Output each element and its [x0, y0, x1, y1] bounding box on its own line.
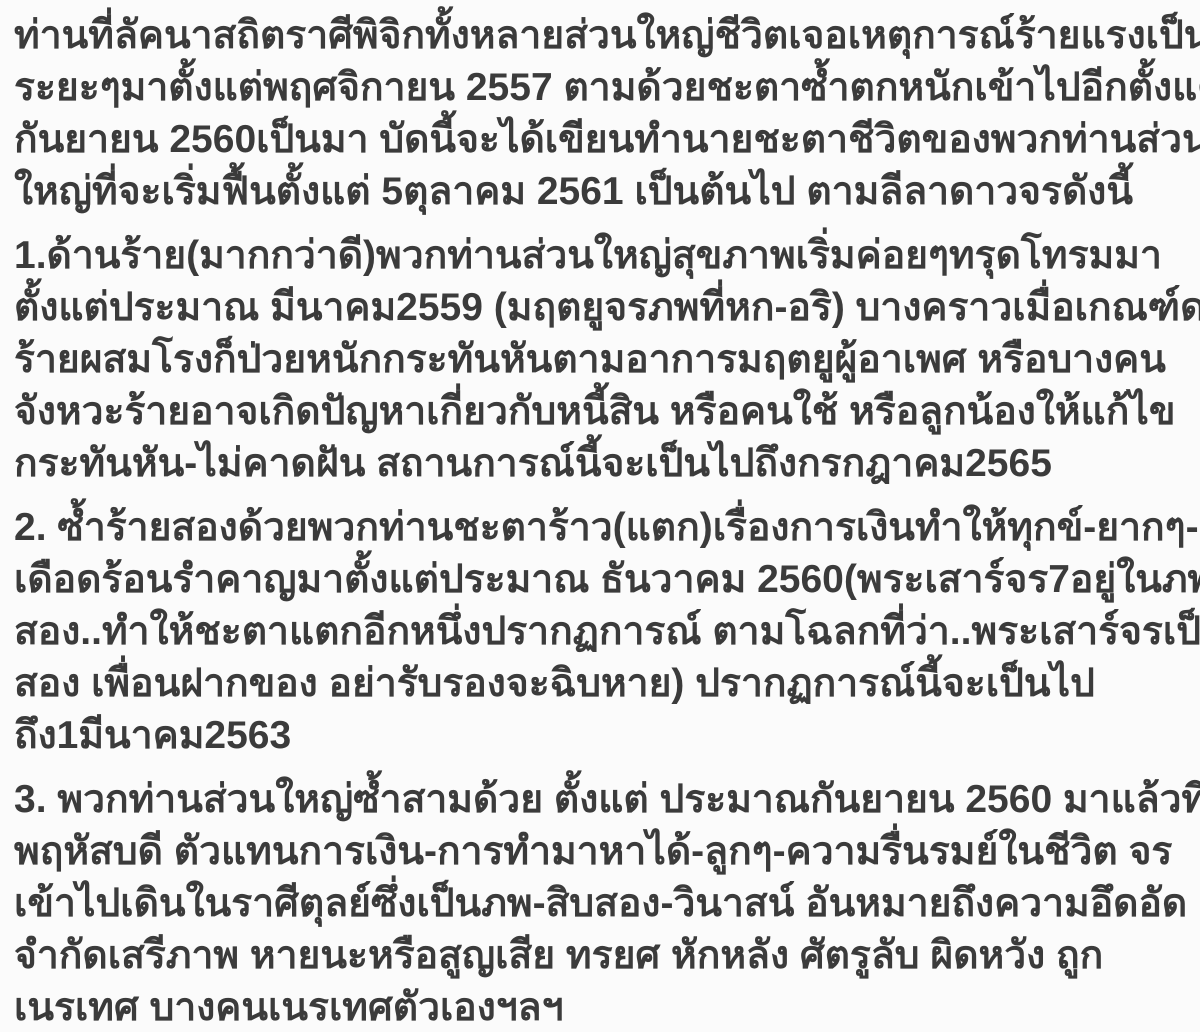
paragraph-intro: ท่านที่ลัคนาสถิตราศีพิจิกทั้งหลายส่วนใหญ… [14, 10, 1190, 218]
text-line: สอง เพื่อนฝากของ อย่ารับรองจะฉิบหาย) ปรา… [14, 658, 1190, 710]
text-line: พฤหัสบดี ตัวแทนการเงิน-การทำมาหาได้-ลูกๆ… [14, 826, 1190, 878]
text-line: ท่านที่ลัคนาสถิตราศีพิจิกทั้งหลายส่วนใหญ… [14, 10, 1190, 62]
text-line: ระยะๆมาตั้งแต่พฤศจิกายน 2557 ตามด้วยชะตา… [14, 62, 1190, 114]
text-line: 2. ซ้ำร้ายสองด้วยพวกท่านชะตาร้าว(แตก)เรื… [14, 502, 1190, 554]
text-line: ใหญ่ที่จะเริ่มฟื้นตั้งแต่ 5ตุลาคม 2561 เ… [14, 166, 1190, 218]
text-line: 1.ด้านร้าย(มากกว่าดี)พวกท่านส่วนใหญ่สุขภ… [14, 230, 1190, 282]
text-line: ตั้งแต่ประมาณ มีนาคม2559 (มฤตยูจรภพที่หก… [14, 282, 1190, 334]
text-line: จำกัดเสรีภาพ หายนะหรือสูญเสีย ทรยศ หักหล… [14, 930, 1190, 982]
text-line: จังหวะร้ายอาจเกิดปัญหาเกี่ยวกับหนี้สิน ห… [14, 386, 1190, 438]
document-body: ท่านที่ลัคนาสถิตราศีพิจิกทั้งหลายส่วนใหญ… [0, 0, 1200, 1032]
text-line: สอง..ทำให้ชะตาแตกอีกหนึ่งปรากฏการณ์ ตามโ… [14, 606, 1190, 658]
text-line: กระทันหัน-ไม่คาดฝัน สถานการณ์นี้จะเป็นไป… [14, 438, 1190, 490]
text-line: เข้าไปเดินในราศีตุลย์ซึ่งเป็นภพ-สิบสอง-ว… [14, 878, 1190, 930]
text-line: เนรเทศ บางคนเนรเทศตัวเองฯลฯ [14, 982, 1190, 1032]
text-line: ถึง1มีนาคม2563 [14, 710, 1190, 762]
paragraph-item-2: 2. ซ้ำร้ายสองด้วยพวกท่านชะตาร้าว(แตก)เรื… [14, 502, 1190, 762]
text-line: เดือดร้อนรำคาญมาตั้งแต่ประมาณ ธันวาคม 25… [14, 554, 1190, 606]
text-line: กันยายน 2560เป็นมา บัดนี้จะได้เขียนทำนาย… [14, 114, 1190, 166]
paragraph-item-3: 3. พวกท่านส่วนใหญ่ซ้ำสามด้วย ตั้งแต่ ประ… [14, 774, 1190, 1032]
text-line: ร้ายผสมโรงก็ป่วยหนักกระทันหันตามอาการมฤต… [14, 334, 1190, 386]
paragraph-item-1: 1.ด้านร้าย(มากกว่าดี)พวกท่านส่วนใหญ่สุขภ… [14, 230, 1190, 490]
text-line: 3. พวกท่านส่วนใหญ่ซ้ำสามด้วย ตั้งแต่ ประ… [14, 774, 1190, 826]
